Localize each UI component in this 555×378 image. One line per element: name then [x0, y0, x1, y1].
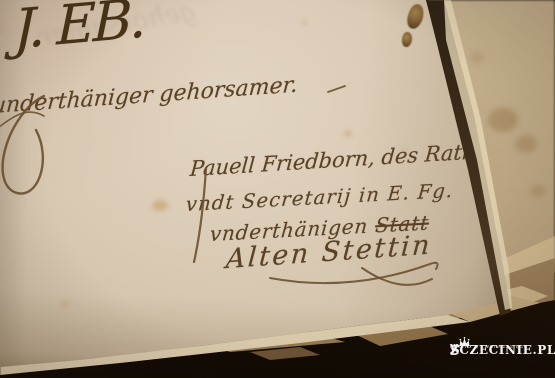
photo-old-manuscript: gehorsamer underthäniger gehorsamer J. E…	[0, 0, 555, 378]
page-stain	[530, 185, 546, 197]
page-stain	[515, 135, 537, 153]
page-stain	[152, 200, 168, 211]
page-stain	[402, 148, 407, 152]
page-stain	[344, 130, 352, 137]
page-stain	[470, 52, 484, 64]
page-stain	[60, 300, 70, 307]
page-stain	[488, 108, 518, 132]
watermark-tagline: MIASTO W TWOIM ZASIĘGU	[450, 344, 528, 349]
page-stain	[302, 20, 307, 24]
